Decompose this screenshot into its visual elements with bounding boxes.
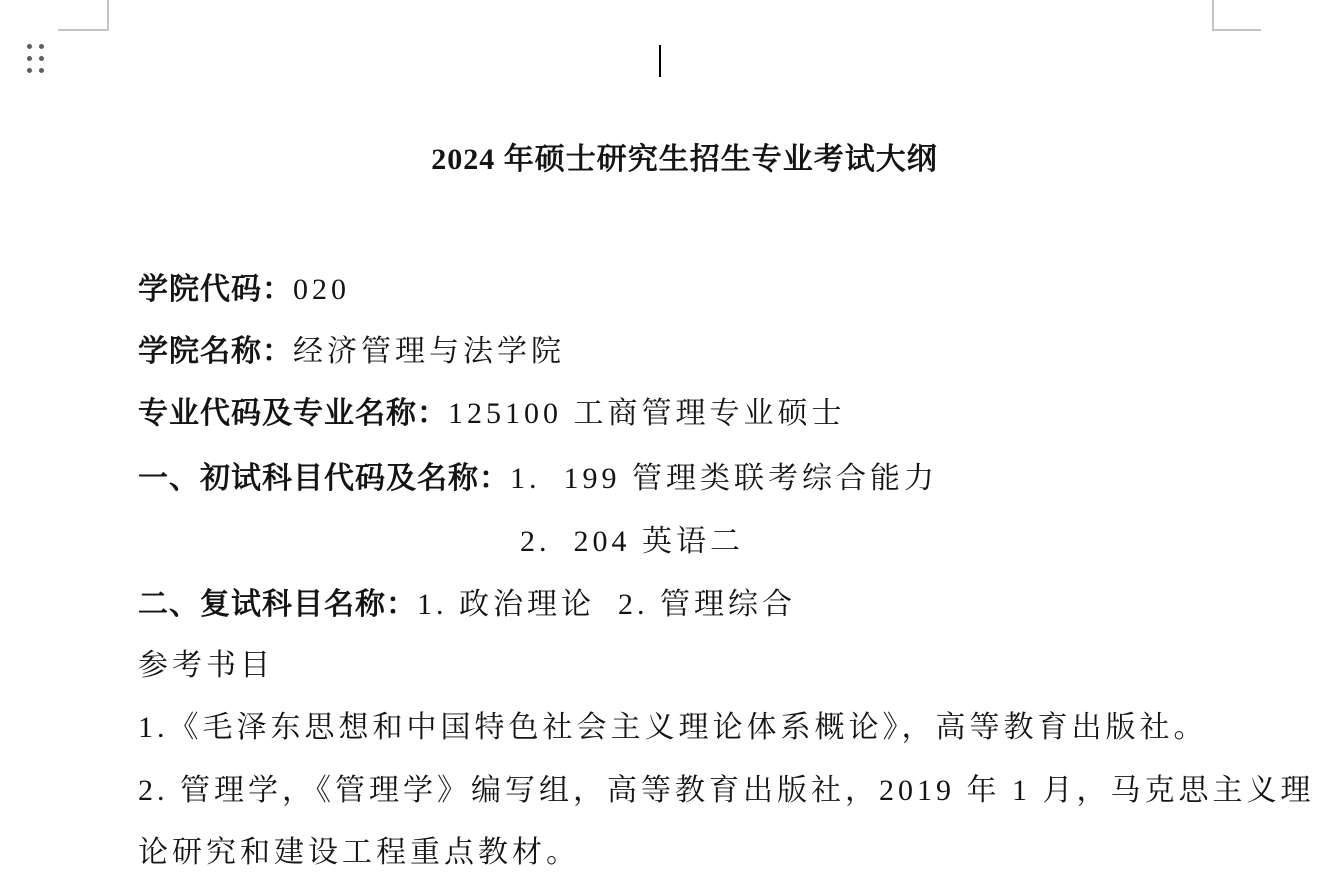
document-page: 2024 年硕士研究生招生专业考试大纲 学院代码：020 学院名称：经济管理与法… (0, 0, 1334, 889)
text-boundary-mark-top-left-horizontal (58, 29, 109, 31)
drag-handle-dot (39, 68, 44, 73)
text-cursor (659, 45, 661, 77)
doc-line-retest-subjects[interactable]: 二、复试科目名称：1. 政治理论 2. 管理综合 (108, 545, 1223, 585)
text-boundary-mark-top-right-horizontal (1212, 29, 1261, 31)
doc-line-initial-exam-subjects[interactable]: 一、初试科目代码及名称：1. 199 管理类联考综合能力 (108, 419, 1223, 459)
doc-line-reference-book-1[interactable]: 1.《毛泽东思想和中国特色社会主义理论体系概论》，高等教育出版社。 (108, 668, 1223, 708)
text-boundary-mark-top-left-vertical (107, 0, 109, 30)
drag-handle-dot (27, 56, 32, 61)
drag-handle-dot (39, 56, 44, 61)
drag-handle-dot (39, 44, 44, 49)
line-text: 论研究和建设工程重点教材。 (138, 836, 580, 869)
drag-handle-dot (27, 68, 32, 73)
doc-line-reference-book-2-continued[interactable]: 论研究和建设工程重点教材。 (108, 793, 1223, 833)
doc-line-major-code-name[interactable]: 专业代码及专业名称：125100 工商管理专业硕士 (108, 354, 1223, 394)
doc-line-reference-book-2[interactable]: 2. 管理学，《管理学》编写组，高等教育出版社，2019 年 1 月，马克思主义… (108, 731, 1223, 771)
line-label: 一、初试科目代码及名称： (138, 462, 510, 495)
title-text: 2024 年硕士研究生招生专业考试大纲 (431, 143, 938, 176)
text-boundary-mark-top-right-vertical (1212, 0, 1214, 30)
document-title[interactable]: 2024 年硕士研究生招生专业考试大纲 (108, 100, 1223, 140)
doc-line-college-code[interactable]: 学院代码：020 (108, 230, 1223, 270)
drag-handle-icon[interactable] (27, 44, 44, 73)
doc-line-reference-books-heading[interactable]: 参考书目 (108, 606, 1223, 646)
doc-line-initial-exam-subject-2[interactable]: 2. 204 英语二 (490, 482, 1223, 522)
drag-handle-dot (27, 44, 32, 49)
doc-line-college-name[interactable]: 学院名称：经济管理与法学院 (108, 292, 1223, 332)
